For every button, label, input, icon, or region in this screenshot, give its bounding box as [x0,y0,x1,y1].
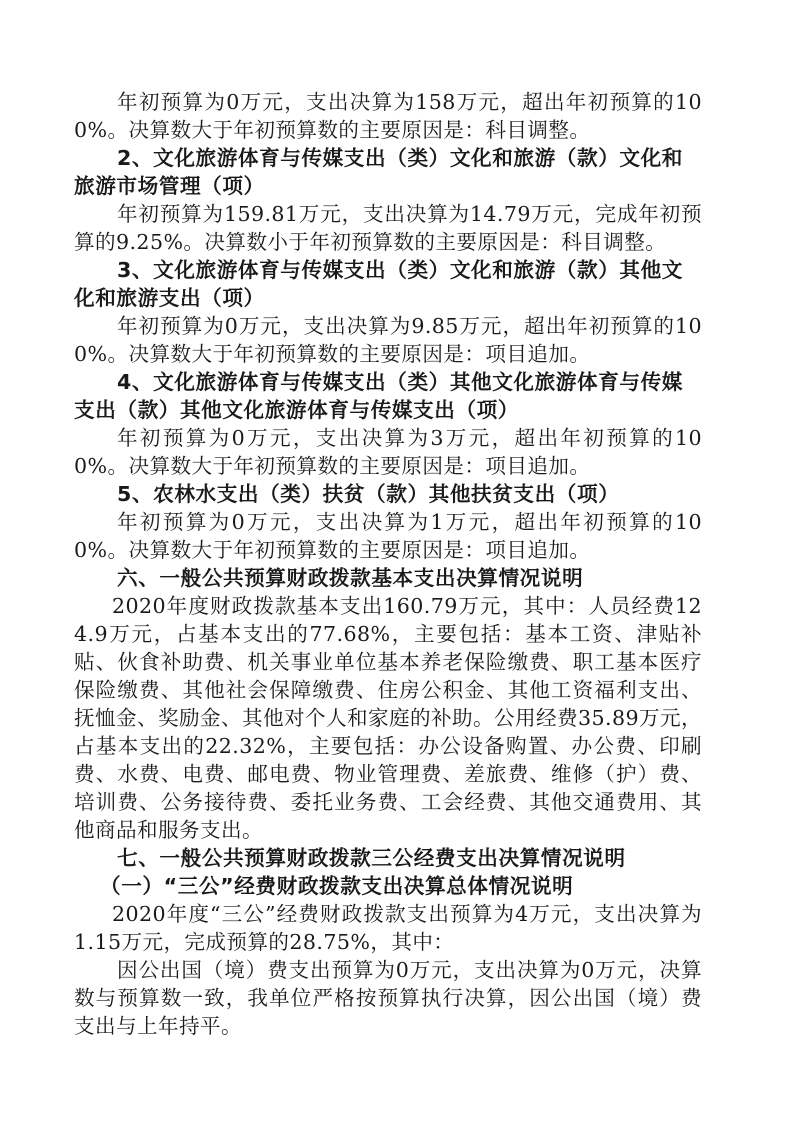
paragraph-item1-detail: 年初预算为0万元，支出决算为158万元，超出年初预算的100%。决算数大于年初预… [74,88,702,144]
heading-item-4: 4、文化旅游体育与传媒支出（类）其他文化旅游体育与传媒支出（款）其他文化旅游体育… [74,368,702,424]
section-heading-6: 六、一般公共预算财政拨款基本支出决算情况说明 [74,564,702,592]
heading-item-5: 5、农林水支出（类）扶贫（款）其他扶贫支出（项） [74,480,702,508]
heading-item-3: 3、文化旅游体育与传媒支出（类）文化和旅游（款）其他文化和旅游支出（项） [74,256,702,312]
paragraph-item2-detail: 年初预算为159.81万元，支出决算为14.79万元，完成年初预算的9.25%。… [74,200,702,256]
heading-item-2: 2、文化旅游体育与传媒支出（类）文化和旅游（款）文化和旅游市场管理（项） [74,144,702,200]
paragraph-item3-detail: 年初预算为0万元，支出决算为9.85万元，超出年初预算的100%。决算数大于年初… [74,312,702,368]
paragraph-item4-detail: 年初预算为0万元，支出决算为3万元，超出年初预算的100%。决算数大于年初预算数… [74,424,702,480]
paragraph-overseas-travel: 因公出国（境）费支出预算为0万元，支出决算为0万元，决算数与预算数一致，我单位严… [74,956,702,1040]
section-heading-7: 七、一般公共预算财政拨款三公经费支出决算情况说明 [74,844,702,872]
paragraph-item5-detail: 年初预算为0万元，支出决算为1万元，超出年初预算的100%。决算数大于年初预算数… [74,508,702,564]
paragraph-basic-expenditure: 2020年度财政拨款基本支出160.79万元，其中：人员经费124.9万元，占基… [74,592,702,844]
paragraph-three-public-summary: 2020年度“三公”经费财政拨款支出预算为4万元，支出决算为1.15万元，完成预… [74,900,702,956]
subheading-three-public-overview: （一）“三公”经费财政拨款支出决算总体情况说明 [74,872,702,900]
document-page: 年初预算为0万元，支出决算为158万元，超出年初预算的100%。决算数大于年初预… [74,88,702,1040]
